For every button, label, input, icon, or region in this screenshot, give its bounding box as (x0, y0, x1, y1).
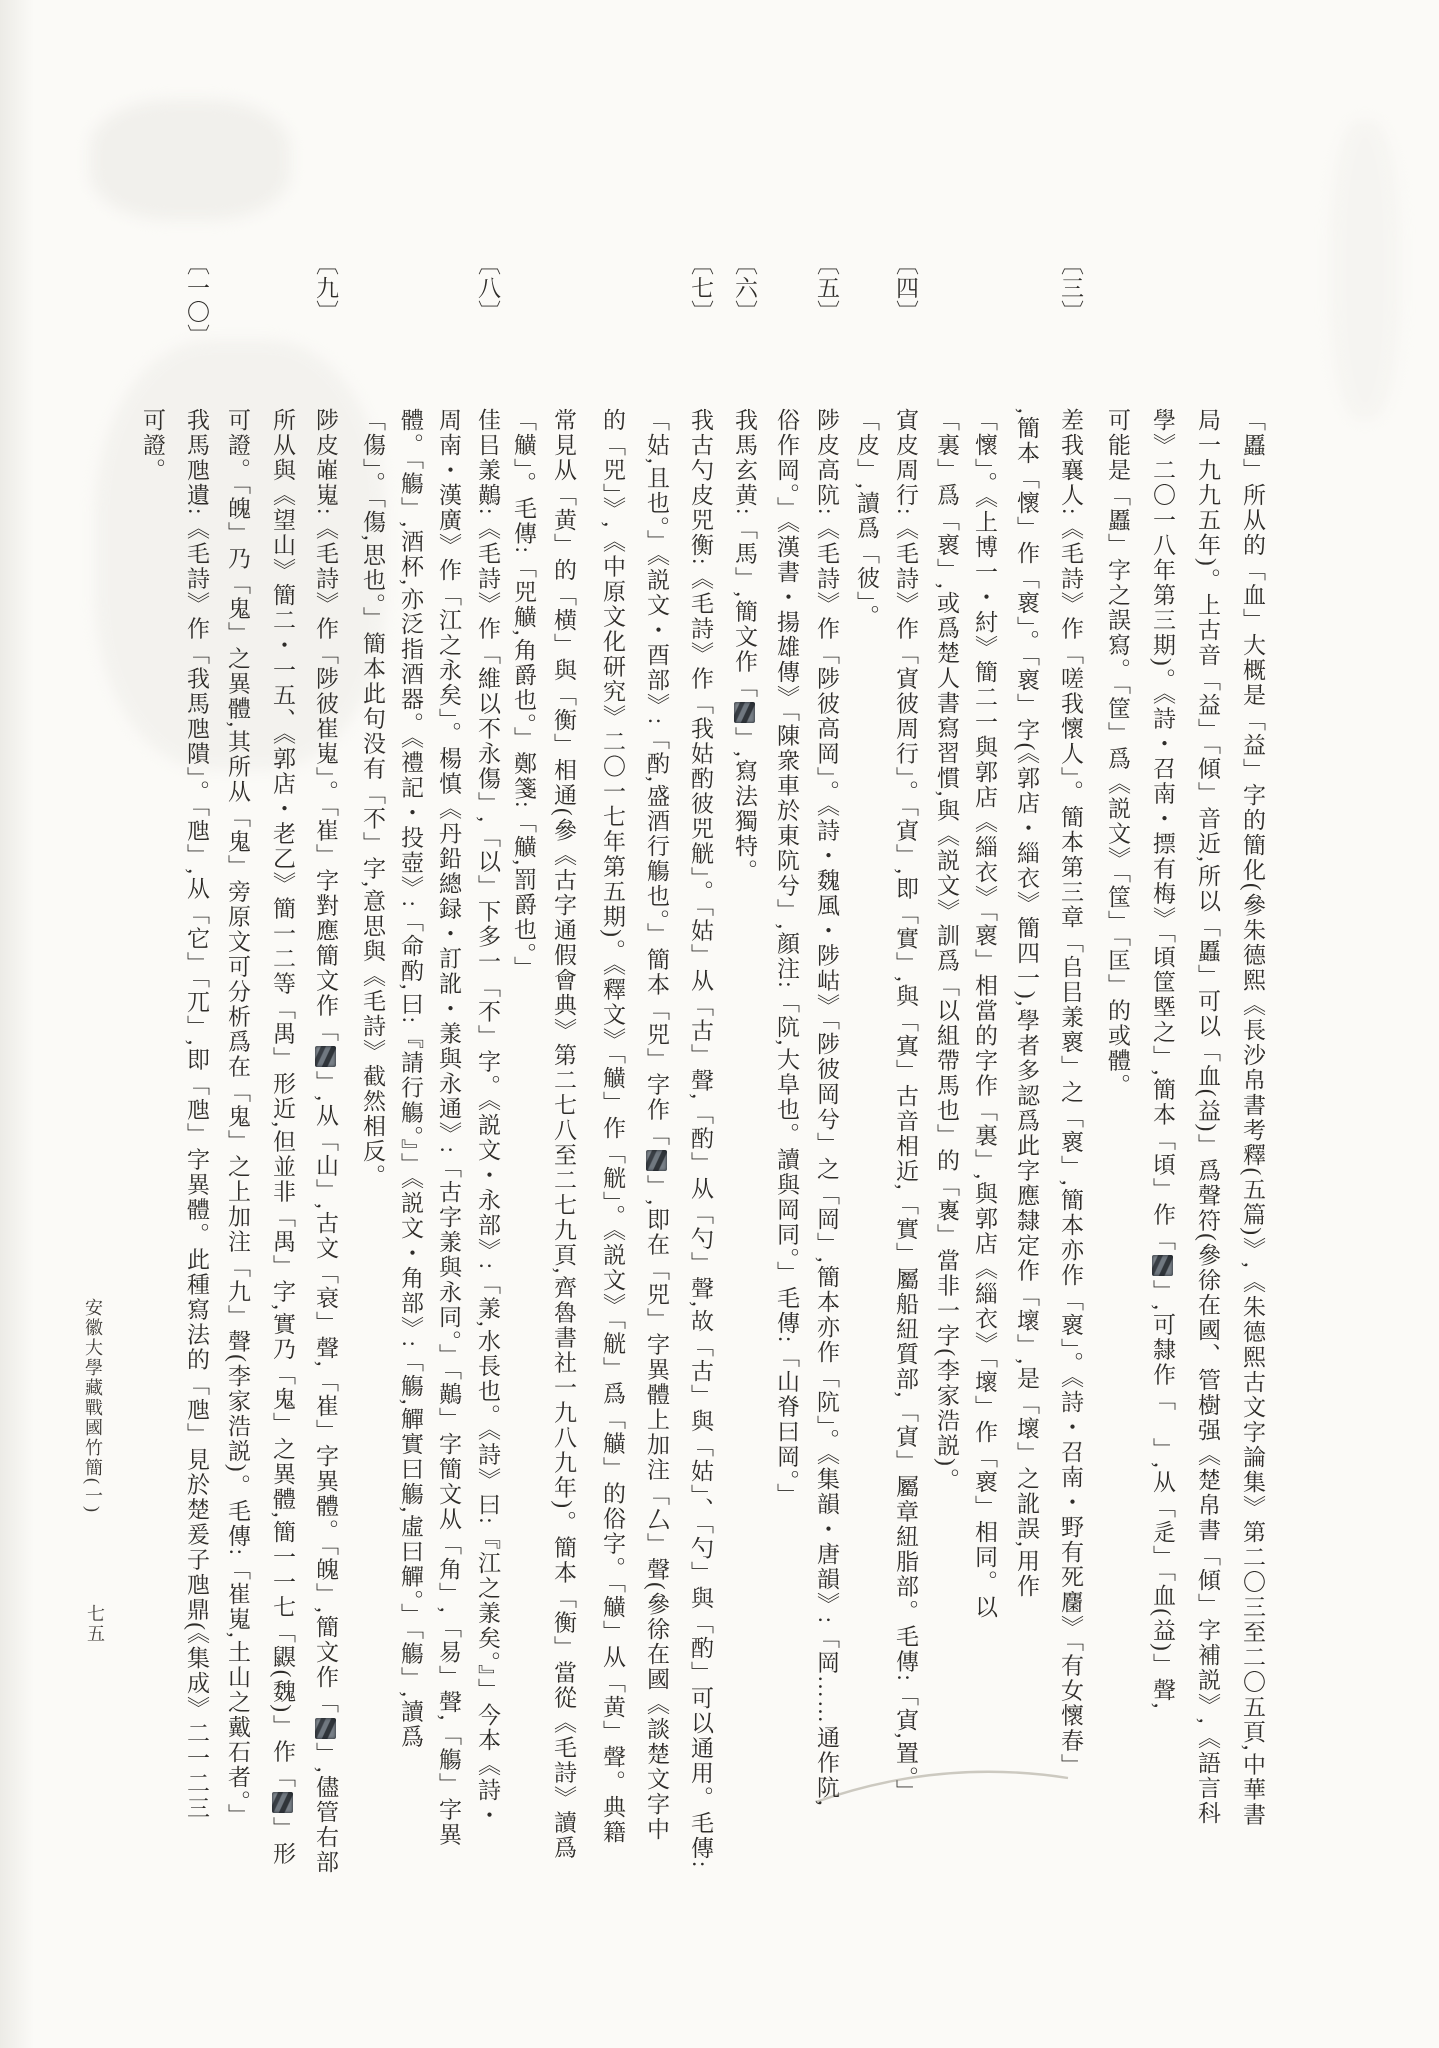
text-column: 我馬玄黄:「馬」,簡文作「」,寫法獨特。 (730, 408, 758, 884)
text-column: 寊皮周行:《毛詩》作「寊彼周行」。「寊」,即「實」,與「寘」古音相近,「實」屬船… (891, 408, 919, 1804)
text-column: 佳㠯羕鷬:《毛詩》作「維以不永傷」,「以」下多一「不」字。《説文・永部》:「羕,… (473, 408, 501, 1828)
bamboo-slip-glyph-image (272, 1792, 293, 1813)
bleed-through-ghost (90, 100, 290, 220)
text-column: 陟皮高阬:《毛詩》作「陟彼高岡」。《詩・魏風・陟岵》「陟彼岡兮」之「岡」,簡本亦… (812, 408, 840, 1808)
note-number: 〔七〕 (686, 252, 714, 324)
note-number: 〔四〕 (891, 252, 919, 324)
text-column: 常見从「黄」的「横」與「衡」相通(參《古字通假會典》第二七八至二七九頁,齊魯書社… (549, 408, 577, 1860)
text-column: 「傷」。「傷,思也。」簡本此句没有「不」字,意思與《毛詩》截然相反。 (358, 408, 386, 1189)
text-column: 我馬虺遺:《毛詩》作「我馬虺隤」。「虺」,从「它」「兀」,即「虺」字異體。此種寫… (182, 408, 210, 1821)
text-column: 我古勺皮兕衡:《毛詩》作「我姑酌彼兕觥」。「姑」从「古」聲,「酌」从「勺」聲,故… (686, 408, 714, 1869)
text-column: 「姑,且也。」《説文・酉部》:「酌,盛酒行觴也。」簡本「兕」字作「」,即在「兕」… (642, 408, 670, 1842)
bamboo-slip-glyph-image (315, 1046, 336, 1067)
text-column: 「觵」。毛傳:「兕觵,角爵也。」鄭箋:「觵,罰爵也。」 (509, 408, 537, 981)
text-column: 「懷」。《上博一・紂》簡二一與郭店《緇衣》「褱」相當的字作「裏」,與郭店《緇衣》… (970, 408, 998, 1620)
text-column: 「䘌」所从的「血」大概是「益」字的簡化(參朱德熙《長沙帛書考釋(五篇)》,《朱德… (1238, 408, 1266, 1827)
text-column: 「裏」爲「褱」,或爲楚人書寫習慣,與《説文》訓爲「以組帶馬也」的「褢」當非一字(… (932, 408, 960, 1493)
note-number: 〔三〕 (1056, 252, 1084, 324)
text-column: 周南・漢廣》作「江之永矣」。楊慎《丹鉛總録・訂訛・羕與永通》:「古字羕與永同。」… (434, 408, 462, 1847)
note-number: 〔五〕 (812, 252, 840, 324)
book-page: 安徽大學藏戰國竹簡(一) 七五 〔三〕〔四〕〔五〕〔六〕〔七〕〔八〕〔九〕〔一〇… (0, 0, 1439, 2048)
bamboo-slip-glyph-image (1152, 1255, 1173, 1276)
text-column: 的「兕」》,《中原文化研究》二〇一七年第五期)。《釋文》「觵」作「觥」。《説文》… (598, 408, 626, 1845)
text-column: 陟皮嶉嵬:《毛詩》作「陟彼崔嵬」。「崔」字對應簡文作「」,从「山」,古文「衰」聲… (311, 408, 339, 1875)
text-column: ,簡本「懷」作「褱」。「褱」字(《郭店・緇衣》簡四一),學者多認爲此字應隸定作「… (1012, 408, 1040, 1599)
running-title: 安徽大學藏戰國竹簡(一) (80, 1298, 106, 1514)
bamboo-slip-glyph-image (646, 1150, 667, 1171)
text-column: 「皮」,讀爲「彼」。 (852, 408, 880, 629)
text-column: 可證。 (138, 408, 166, 483)
note-number: 〔一〇〕 (182, 252, 210, 348)
bleed-through-ghost (1330, 120, 1400, 420)
page-edge-shadow (0, 0, 34, 2048)
bamboo-slip-glyph-image (734, 702, 755, 723)
page-number: 七五 (82, 1604, 108, 1644)
scan-scratch-artifact (812, 1752, 1072, 1812)
text-column: 學》二〇一八年第三期)。《詩・召南・摽有梅》「頃筐塈之」,簡本「頃」作「」,可隸… (1148, 408, 1176, 1811)
note-number: 〔九〕 (311, 252, 339, 324)
text-column: 差我襄人:《毛詩》作「嗟我懷人」。簡本第三章「𠂤㠯羕褱」之「褱」,簡本亦作「褱」… (1056, 408, 1084, 1778)
note-number: 〔八〕 (473, 252, 501, 324)
text-column: 可證。「魄」乃「鬼」之異體,其所从「鬼」旁原文可分析爲在「鬼」之上加注「九」聲(… (223, 408, 251, 1828)
text-column: 所从與《望山》簡二・一五、《郭店・老乙》簡一二等「禺」形近,但並非「禺」字,實乃… (268, 408, 296, 1866)
bamboo-slip-glyph-image (315, 1718, 336, 1739)
note-number: 〔六〕 (730, 252, 758, 324)
text-column: 俗作岡。」《漢書・揚雄傳》「陳衆車於東阬兮」,顔注:「阬,大阜也。讀與岡同。」毛… (772, 408, 800, 1508)
text-column: 局一九九五年)。上古音「益」「傾」音近,所以「䘌」可以「血(益)」爲聲符(參徐在… (1193, 408, 1221, 1826)
text-column: 體。「觴」,酒杯,亦泛指酒器。《禮記・投壺》:「命酌,曰:『請行觴。』」《説文・… (396, 408, 424, 1749)
text-column: 可能是「䘌」字之誤寫。「筐」爲《説文》「筺」「匡」的或體。 (1103, 408, 1131, 1099)
